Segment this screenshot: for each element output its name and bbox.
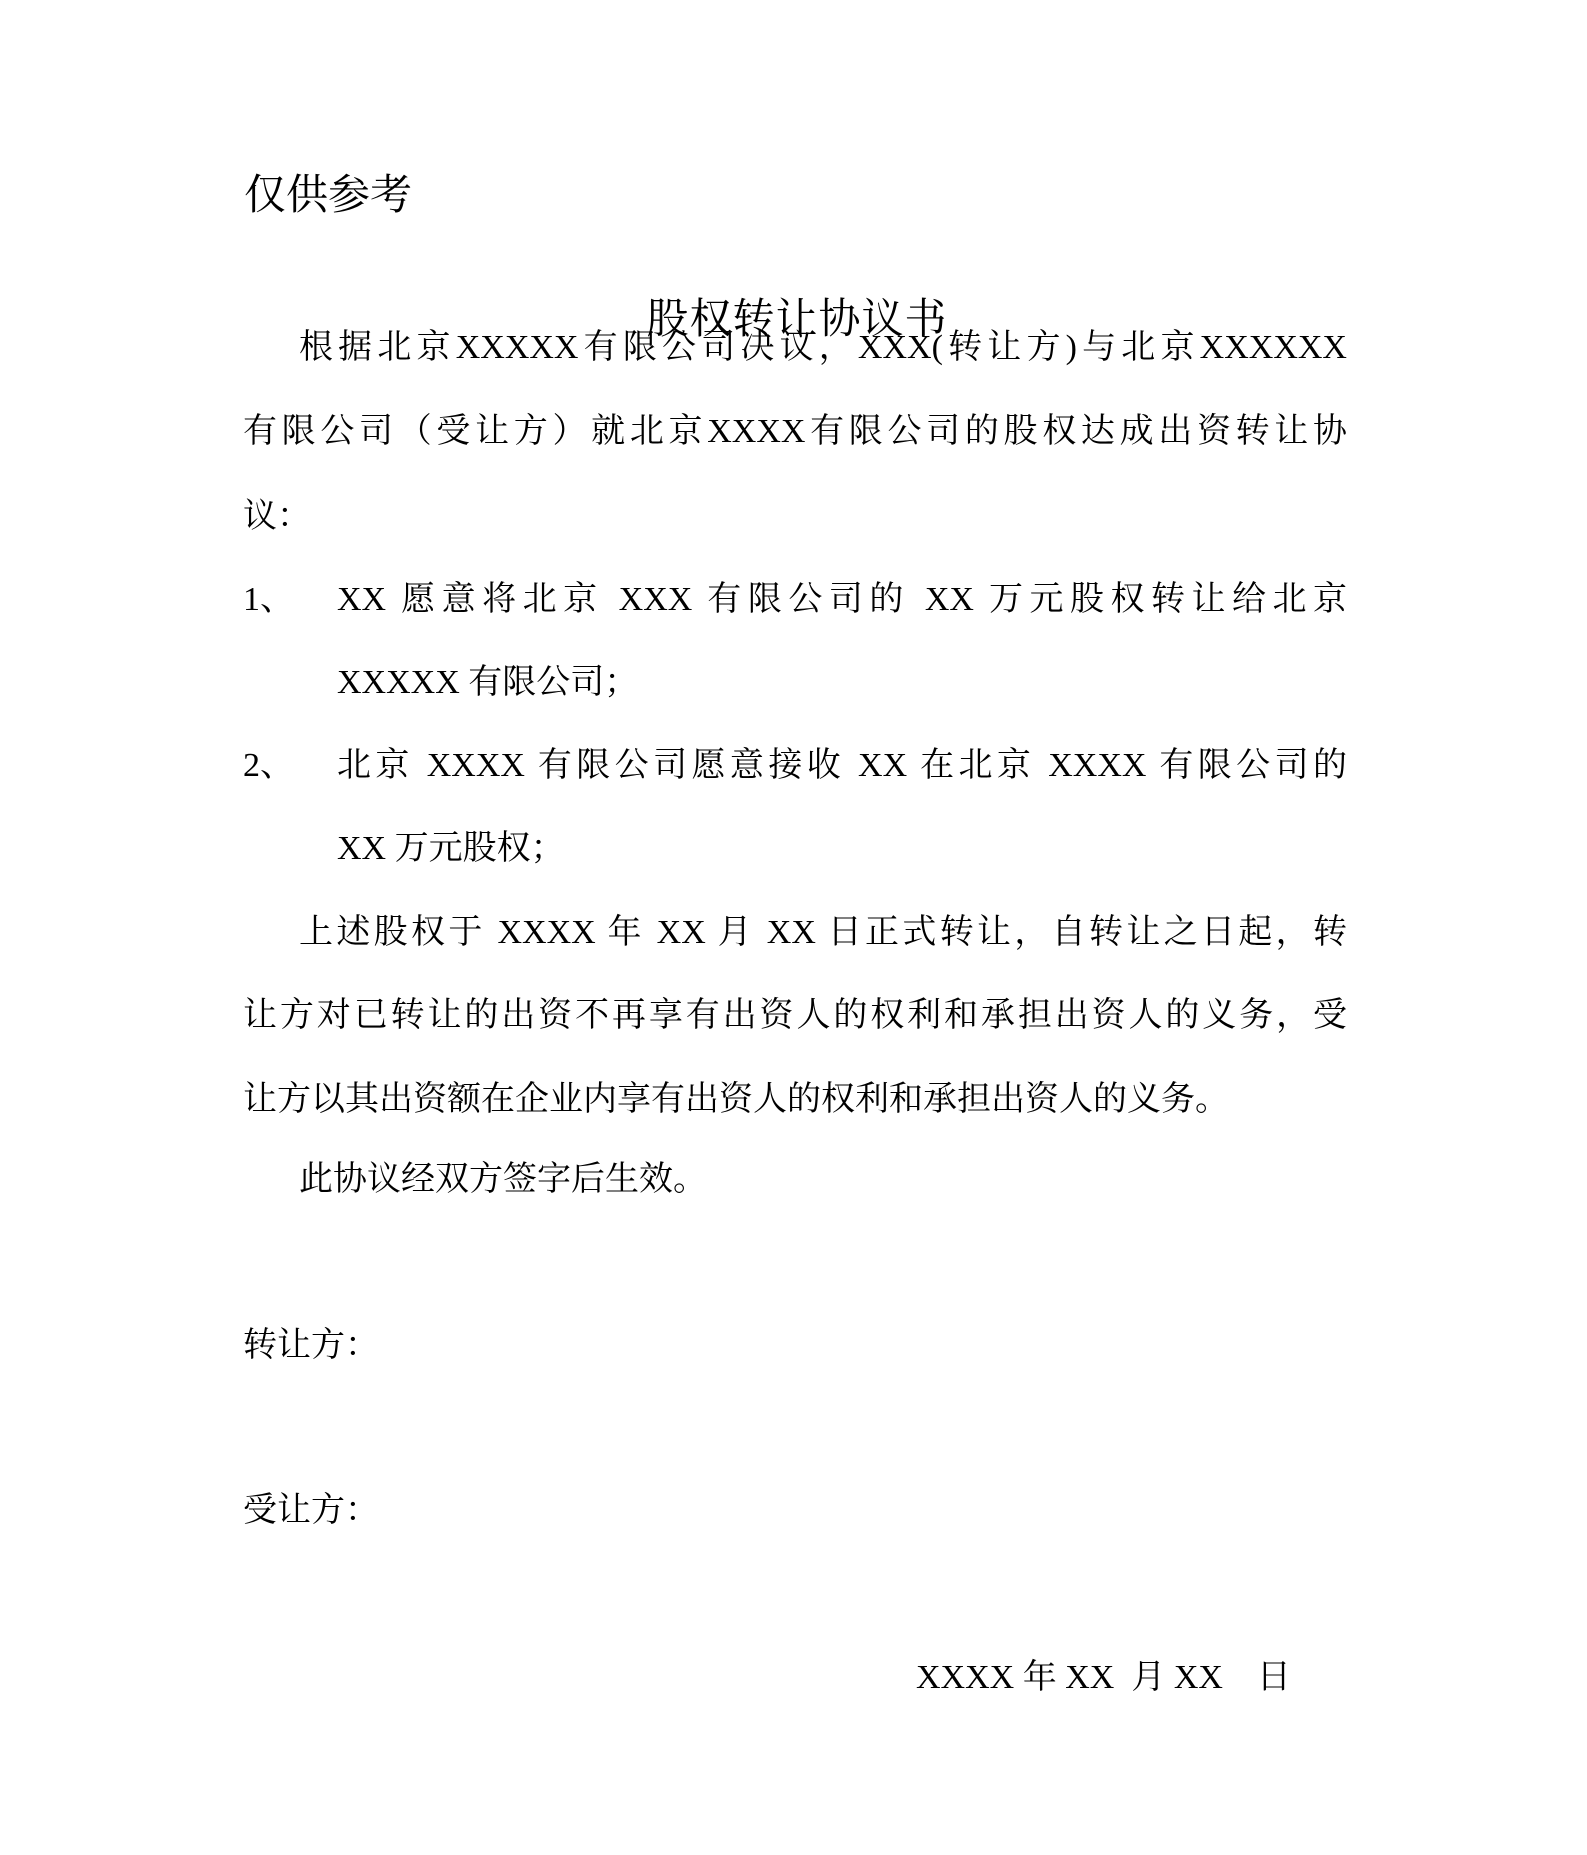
document-page: 仅供参考 股权转让协议书 根据北京XXXXX有限公司决议，XXX(转让方)与北京… <box>0 0 1587 1855</box>
item-text-line-1: 北京 XXXX 有限公司愿意接收 XX 在北京 XXXX 有限公司的 <box>337 746 1347 786</box>
reference-only-label: 仅供参考 <box>244 166 412 226</box>
transfer-clause-line-1: 上述股权于 XXXX 年 XX 月 XX 日正式转让，自转让之日起，转 <box>299 913 1347 953</box>
item-text-line-2: XXXXX 有限公司； <box>337 663 638 703</box>
transfer-clause-line-2: 让方对已转让的出资不再享有出资人的权利和承担出资人的义务，受 <box>243 996 1347 1036</box>
item-text-line-2: XX 万元股权； <box>337 829 565 869</box>
item-text-line-1: XX 愿意将北京 XXX 有限公司的 XX 万元股权转让给北京 <box>337 580 1347 620</box>
signing-date: XXXX 年 XX 月 XX 日 <box>916 1658 1291 1698</box>
intro-line-3: 议： <box>243 497 311 537</box>
intro-line-2: 有限公司（受让方）就北京XXXX有限公司的股权达成出资转让协 <box>243 412 1347 452</box>
item-number: 2、 <box>243 746 294 786</box>
transfer-clause-line-3: 让方以其出资额在企业内享有出资人的权利和承担出资人的义务。 <box>243 1080 1229 1120</box>
intro-line-1: 根据北京XXXXX有限公司决议，XXX(转让方)与北京XXXXXX <box>299 328 1347 368</box>
transferor-signature-label: 转让方： <box>243 1326 379 1366</box>
transferee-signature-label: 受让方： <box>243 1491 379 1531</box>
effective-clause: 此协议经双方签字后生效。 <box>299 1160 707 1200</box>
item-number: 1、 <box>243 580 294 620</box>
